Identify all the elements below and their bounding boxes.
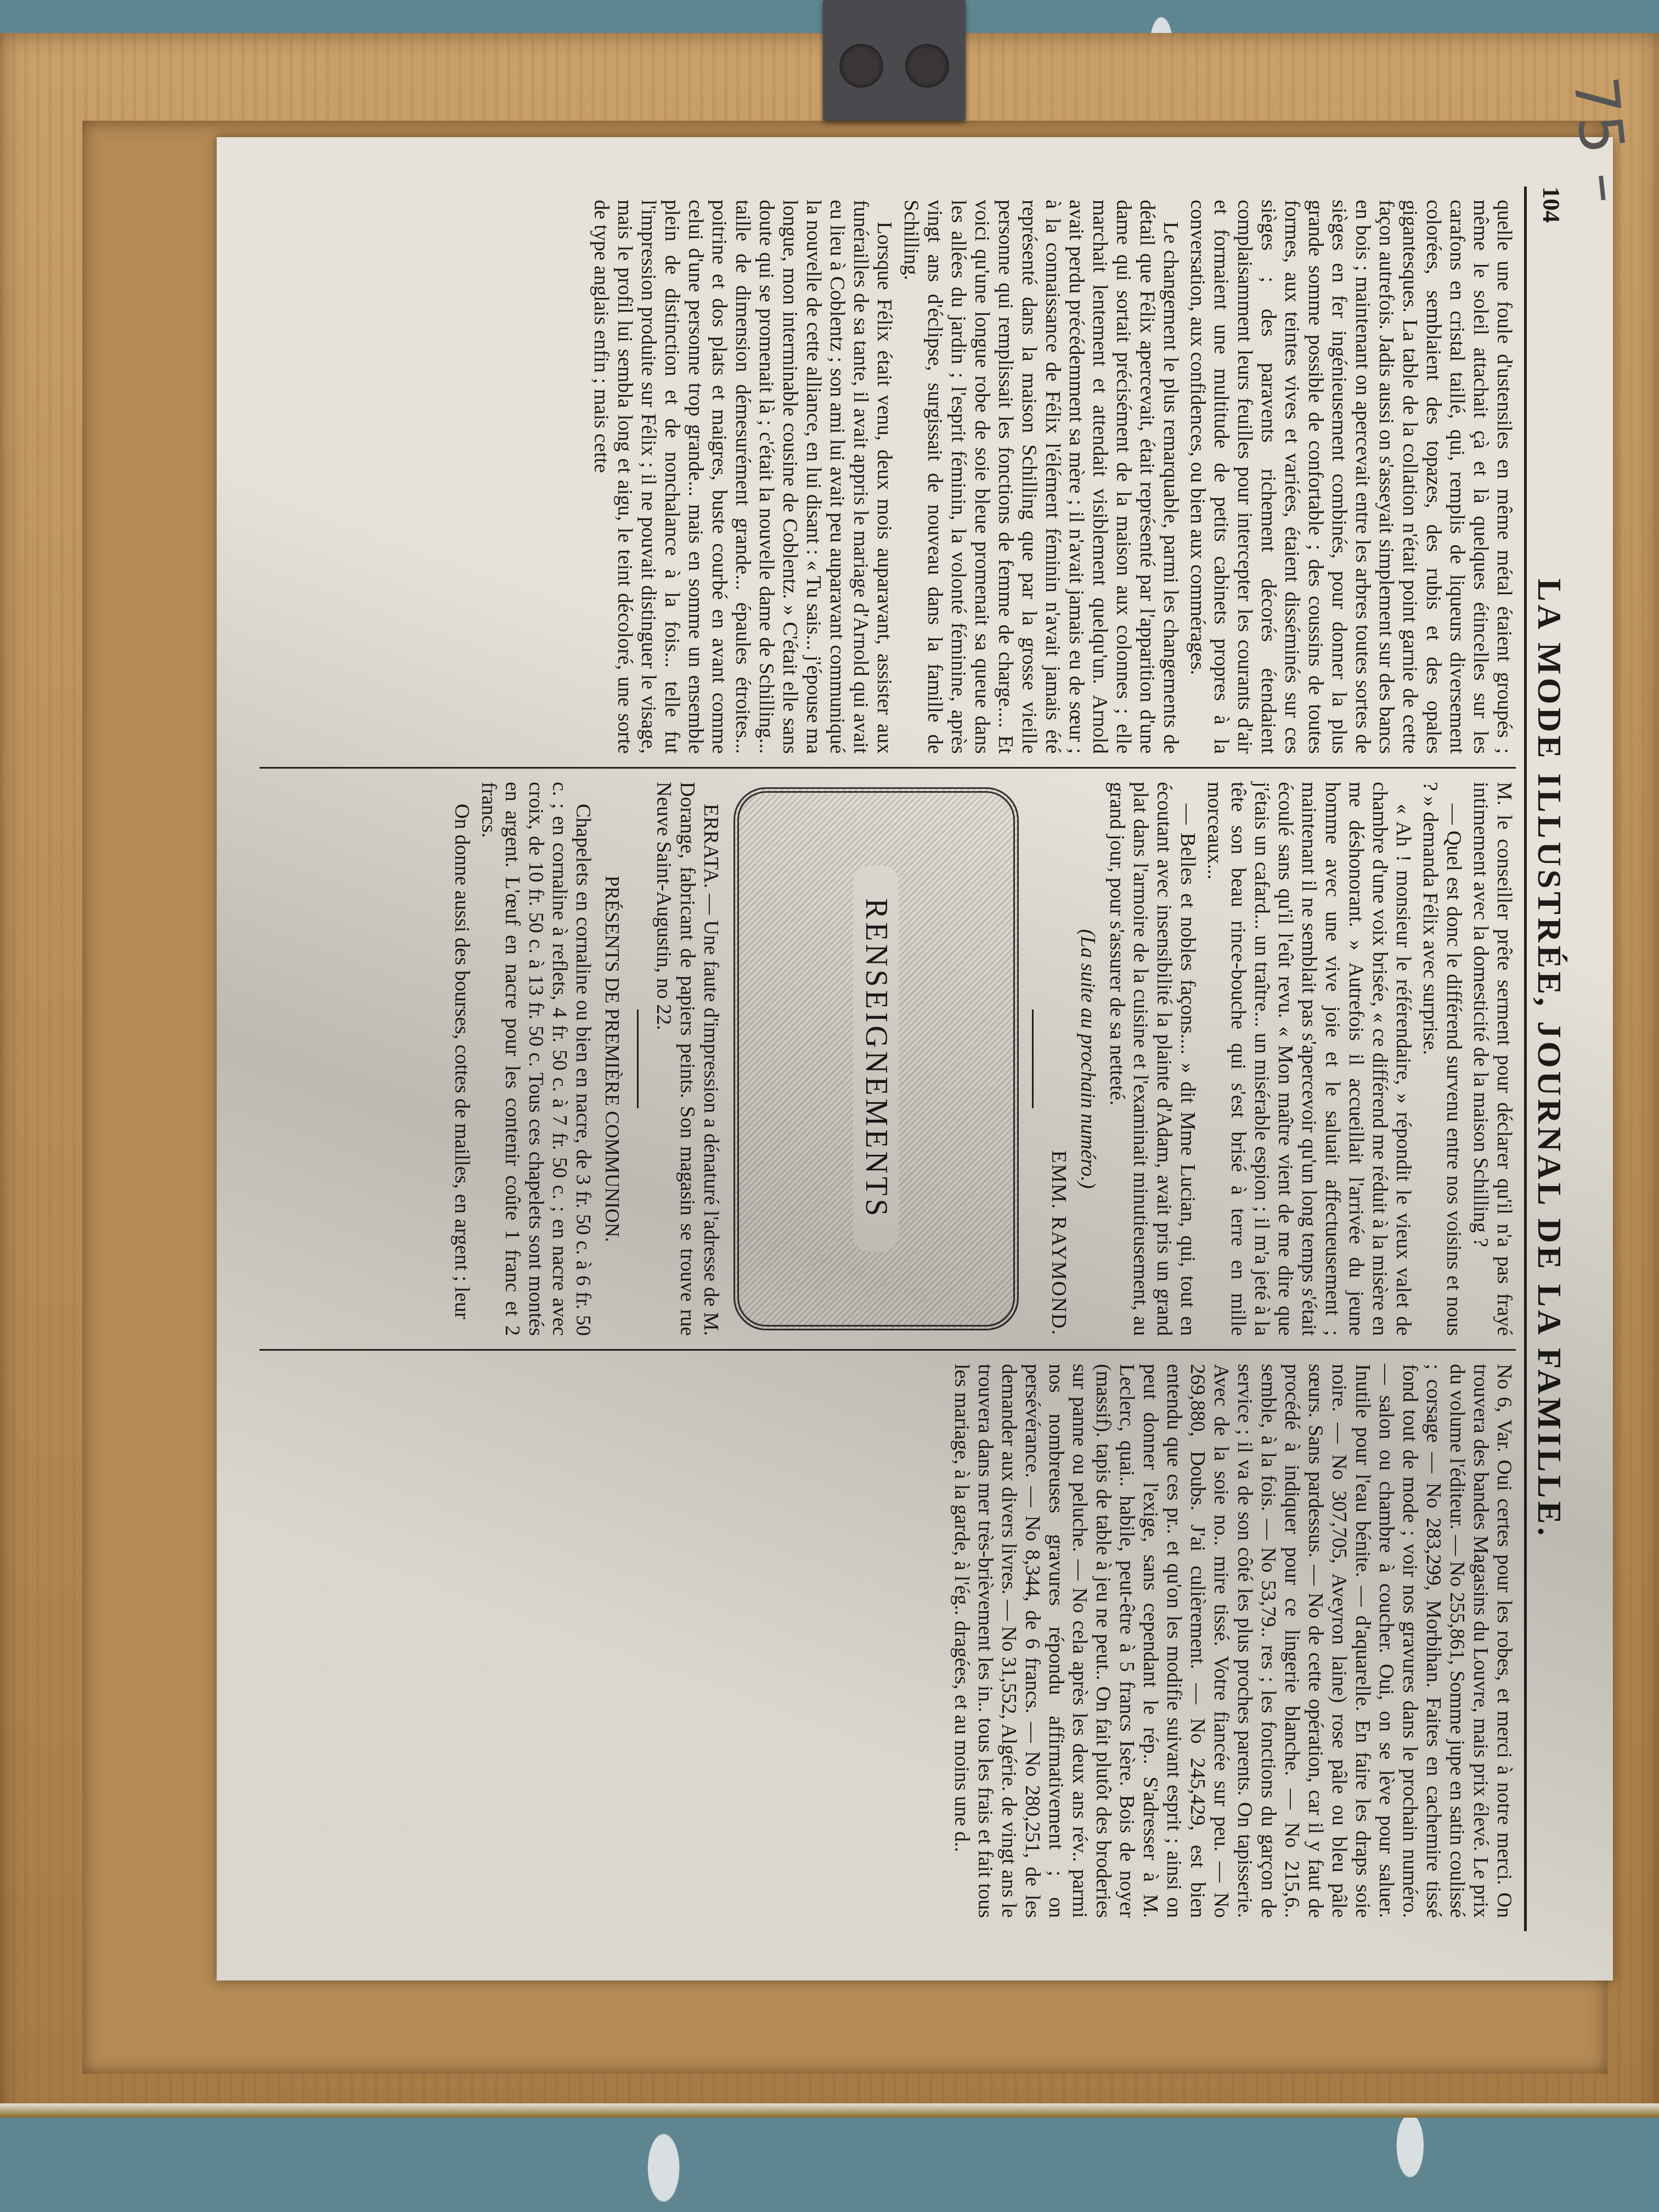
errata-text: ERRATA. — Une faute d'impression a dénat… xyxy=(652,782,723,1336)
column-right-answers: No 6, Var. Oui certes pour les robes, et… xyxy=(259,1349,1516,1931)
author-signature: EMM. RAYMOND. xyxy=(1047,782,1070,1336)
paragraph: No 6, Var. Oui certes pour les robes, et… xyxy=(950,1364,1516,1918)
screw-icon xyxy=(905,44,949,88)
ornamental-engraving: RENSEIGNEMENTS xyxy=(733,787,1019,1330)
paragraph: M. le conseiller prête serment pour décl… xyxy=(1469,782,1516,1336)
newspaper-page: 75 – 104 LA MODE ILLUSTRÉE, JOURNAL DE L… xyxy=(217,137,1613,1980)
paragraph: — Belles et nobles façons.... » dit Mme … xyxy=(1105,782,1199,1336)
paragraph: On donne aussi des bourses, cottes de ma… xyxy=(450,782,473,1336)
divider xyxy=(1032,1009,1034,1108)
pencil-annotation: 75 – xyxy=(1560,74,1643,206)
rotated-page-content: 75 – 104 LA MODE ILLUSTRÉE, JOURNAL DE L… xyxy=(238,154,1593,1964)
metal-hanger-bracket xyxy=(823,0,966,121)
masthead: 75 – 104 LA MODE ILLUSTRÉE, JOURNAL DE L… xyxy=(1524,187,1576,1931)
paragraph: Lorsque Félix était venu, deux mois aupa… xyxy=(589,200,896,754)
paragraph: « Ah ! monsieur le référendaire, » répon… xyxy=(1203,782,1415,1336)
divider xyxy=(637,1009,639,1108)
paragraph: Chapelets en cornaline ou bien en nacre,… xyxy=(477,782,595,1336)
text-columns: quelle une foule d'ustensiles en même mé… xyxy=(259,187,1516,1931)
continuation-note: (La suite au prochain numéro.) xyxy=(1076,782,1099,1336)
gilt-frame-edge xyxy=(0,2103,1659,2118)
paragraph: Le changement le plus remarquable, parmi… xyxy=(899,200,1182,754)
section-title: RENSEIGNEMENTS xyxy=(853,866,899,1252)
journal-title: LA MODE ILLUSTRÉE, JOURNAL DE LA FAMILLE… xyxy=(1530,187,1568,1931)
communion-heading: PRÉSENTS DE PREMIÈRE COMMUNION. xyxy=(600,782,624,1336)
paragraph: quelle une foule d'ustensiles en même mé… xyxy=(1186,200,1516,754)
column-middle: M. le conseiller prête serment pour décl… xyxy=(259,767,1516,1349)
screw-icon xyxy=(839,44,883,88)
column-left: quelle une foule d'ustensiles en même mé… xyxy=(259,187,1516,767)
paragraph: — Quel est donc le différend survenu ent… xyxy=(1418,782,1465,1336)
